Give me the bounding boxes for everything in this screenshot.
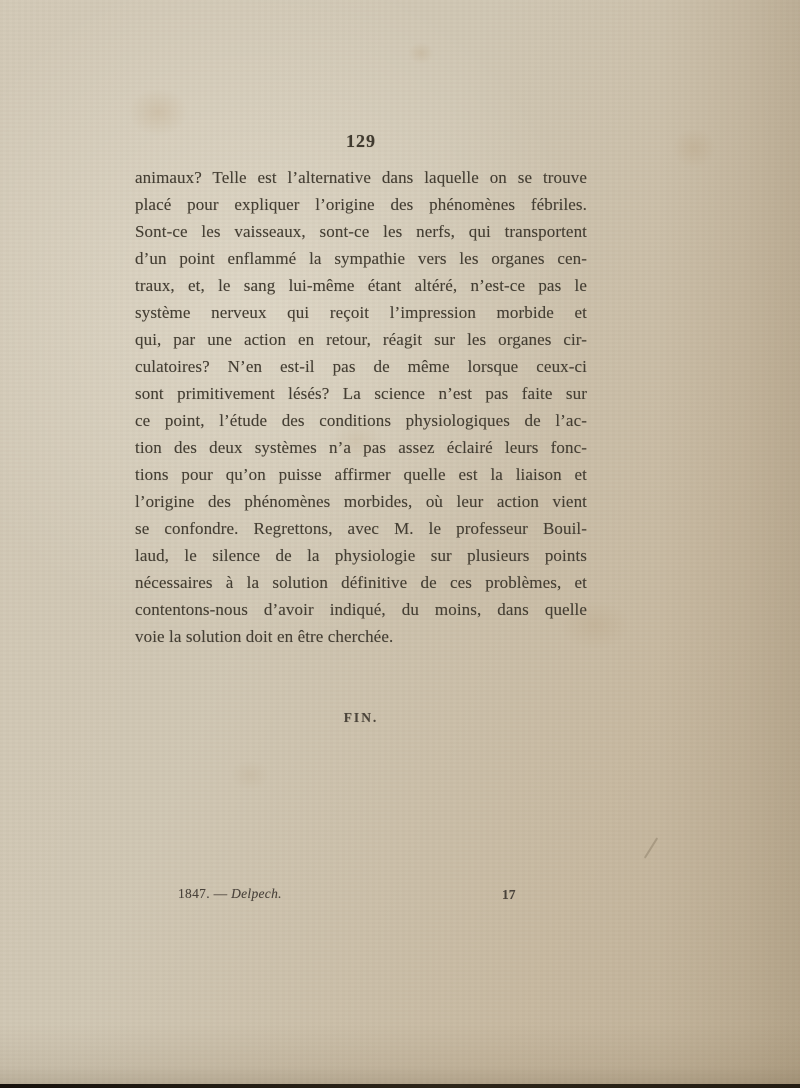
page-number: 129 <box>135 131 587 152</box>
text-line: l’origine des phénomènes morbides, où le… <box>135 488 587 515</box>
text-line: d’un point enflammé la sympathie vers le… <box>135 245 587 272</box>
stain <box>408 42 434 64</box>
page-edge-shading-bottom <box>0 1024 800 1084</box>
stain <box>128 88 188 136</box>
page-edge-shading-right <box>660 0 800 1088</box>
text-line: se confondre. Regrettons, avec M. le pro… <box>135 515 587 542</box>
imprint-year: 1847. <box>178 886 210 901</box>
text-line: tions pour qu’on puisse affirmer quelle … <box>135 461 587 488</box>
scanned-book-page: 129 animaux? Telle est l’alternative dan… <box>0 0 800 1088</box>
text-line: ce point, l’étude des conditions physiol… <box>135 407 587 434</box>
stain <box>672 128 716 168</box>
text-line: animaux? Telle est l’alternative dans la… <box>135 164 587 191</box>
text-line: nécessaires à la solution définitive de … <box>135 569 587 596</box>
text-line: tion des deux systèmes n’a pas assez écl… <box>135 434 587 461</box>
stain <box>230 760 270 790</box>
text-line: culatoires? N’en est-il pas de même lors… <box>135 353 587 380</box>
text-line: contentons-nous d’avoir indiqué, du moin… <box>135 596 587 623</box>
scan-bottom-edge <box>0 1084 800 1088</box>
text-line: Sont-ce les vaisseaux, sont-ce les nerfs… <box>135 218 587 245</box>
text-line: voie la solution doit en être cherchée. <box>135 623 587 650</box>
imprint-dash: — <box>214 886 228 901</box>
footer-imprint: 1847. — Delpech. <box>178 886 282 902</box>
text-line: sont primitivement lésés? La science n’e… <box>135 380 587 407</box>
text-line: traux, et, le sang lui-même étant altéré… <box>135 272 587 299</box>
text-line: placé pour expliquer l’origine des phéno… <box>135 191 587 218</box>
imprint-author: Delpech. <box>231 886 282 901</box>
text-line: qui, par une action en retour, réagit su… <box>135 326 587 353</box>
text-line: système nerveux qui reçoit l’impression … <box>135 299 587 326</box>
pencil-slash-mark <box>644 837 658 858</box>
text-line: laud, le silence de la physiologie sur p… <box>135 542 587 569</box>
fin-label: FIN. <box>135 710 587 726</box>
body-text: animaux? Telle est l’alternative dans la… <box>135 164 587 650</box>
signature-number: 17 <box>502 887 516 903</box>
